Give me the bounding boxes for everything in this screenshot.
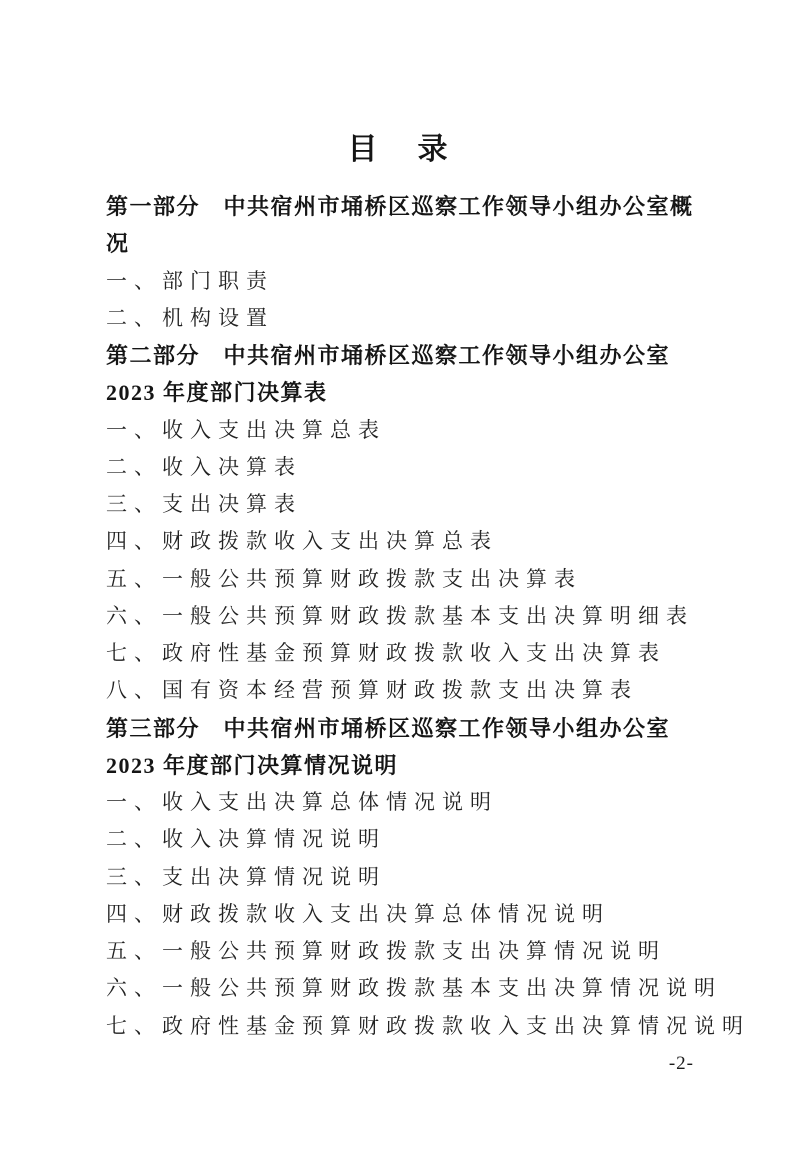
page-number-line: -2- (106, 1045, 694, 1082)
section-1-toc-item: 二、机构设置 (106, 300, 694, 337)
section-3-toc-item: 二、收入决算情况说明 (106, 821, 694, 858)
section-2-heading-line: 2023 年度部门决算表 (106, 374, 694, 411)
section-3-toc-item: 六、一般公共预算财政拨款基本支出决算情况说明 (106, 970, 694, 1007)
toc-body: 第一部分 中共宿州市埇桥区巡察工作领导小组办公室概况一、部门职责二、机构设置第二… (106, 188, 694, 1045)
section-2-toc-item: 四、财政拨款收入支出决算总表 (106, 523, 694, 560)
content-column: 目 录 第一部分 中共宿州市埇桥区巡察工作领导小组办公室概况一、部门职责二、机构… (106, 0, 694, 1082)
section-3-heading-line: 第三部分 中共宿州市埇桥区巡察工作领导小组办公室 (106, 710, 694, 747)
section-1-heading-line: 况 (106, 225, 694, 262)
section-2-toc-item: 五、一般公共预算财政拨款支出决算表 (106, 561, 694, 598)
section-3-toc-item: 一、收入支出决算总体情况说明 (106, 784, 694, 821)
section-2-toc-item: 六、一般公共预算财政拨款基本支出决算明细表 (106, 598, 694, 635)
section-3-toc-item: 七、政府性基金预算财政拨款收入支出决算情况说明 (106, 1008, 694, 1045)
section-3-toc-item: 五、一般公共预算财政拨款支出决算情况说明 (106, 933, 694, 970)
page-number: -2- (669, 1053, 694, 1074)
section-2-heading-line: 第二部分 中共宿州市埇桥区巡察工作领导小组办公室 (106, 337, 694, 374)
section-2-toc-item: 三、支出决算表 (106, 486, 694, 523)
section-3-toc-item: 四、财政拨款收入支出决算总体情况说明 (106, 896, 694, 933)
section-2-toc-item: 二、收入决算表 (106, 449, 694, 486)
section-1-toc-item: 一、部门职责 (106, 263, 694, 300)
toc-title: 目 录 (106, 0, 694, 172)
document-page: 目 录 第一部分 中共宿州市埇桥区巡察工作领导小组办公室概况一、部门职责二、机构… (0, 0, 793, 1171)
section-3-toc-item: 三、支出决算情况说明 (106, 859, 694, 896)
section-2-toc-item: 八、国有资本经营预算财政拨款支出决算表 (106, 672, 694, 709)
section-3-heading-line: 2023 年度部门决算情况说明 (106, 747, 694, 784)
section-2-toc-item: 七、政府性基金预算财政拨款收入支出决算表 (106, 635, 694, 672)
section-2-toc-item: 一、收入支出决算总表 (106, 412, 694, 449)
section-1-heading-line: 第一部分 中共宿州市埇桥区巡察工作领导小组办公室概 (106, 188, 694, 225)
